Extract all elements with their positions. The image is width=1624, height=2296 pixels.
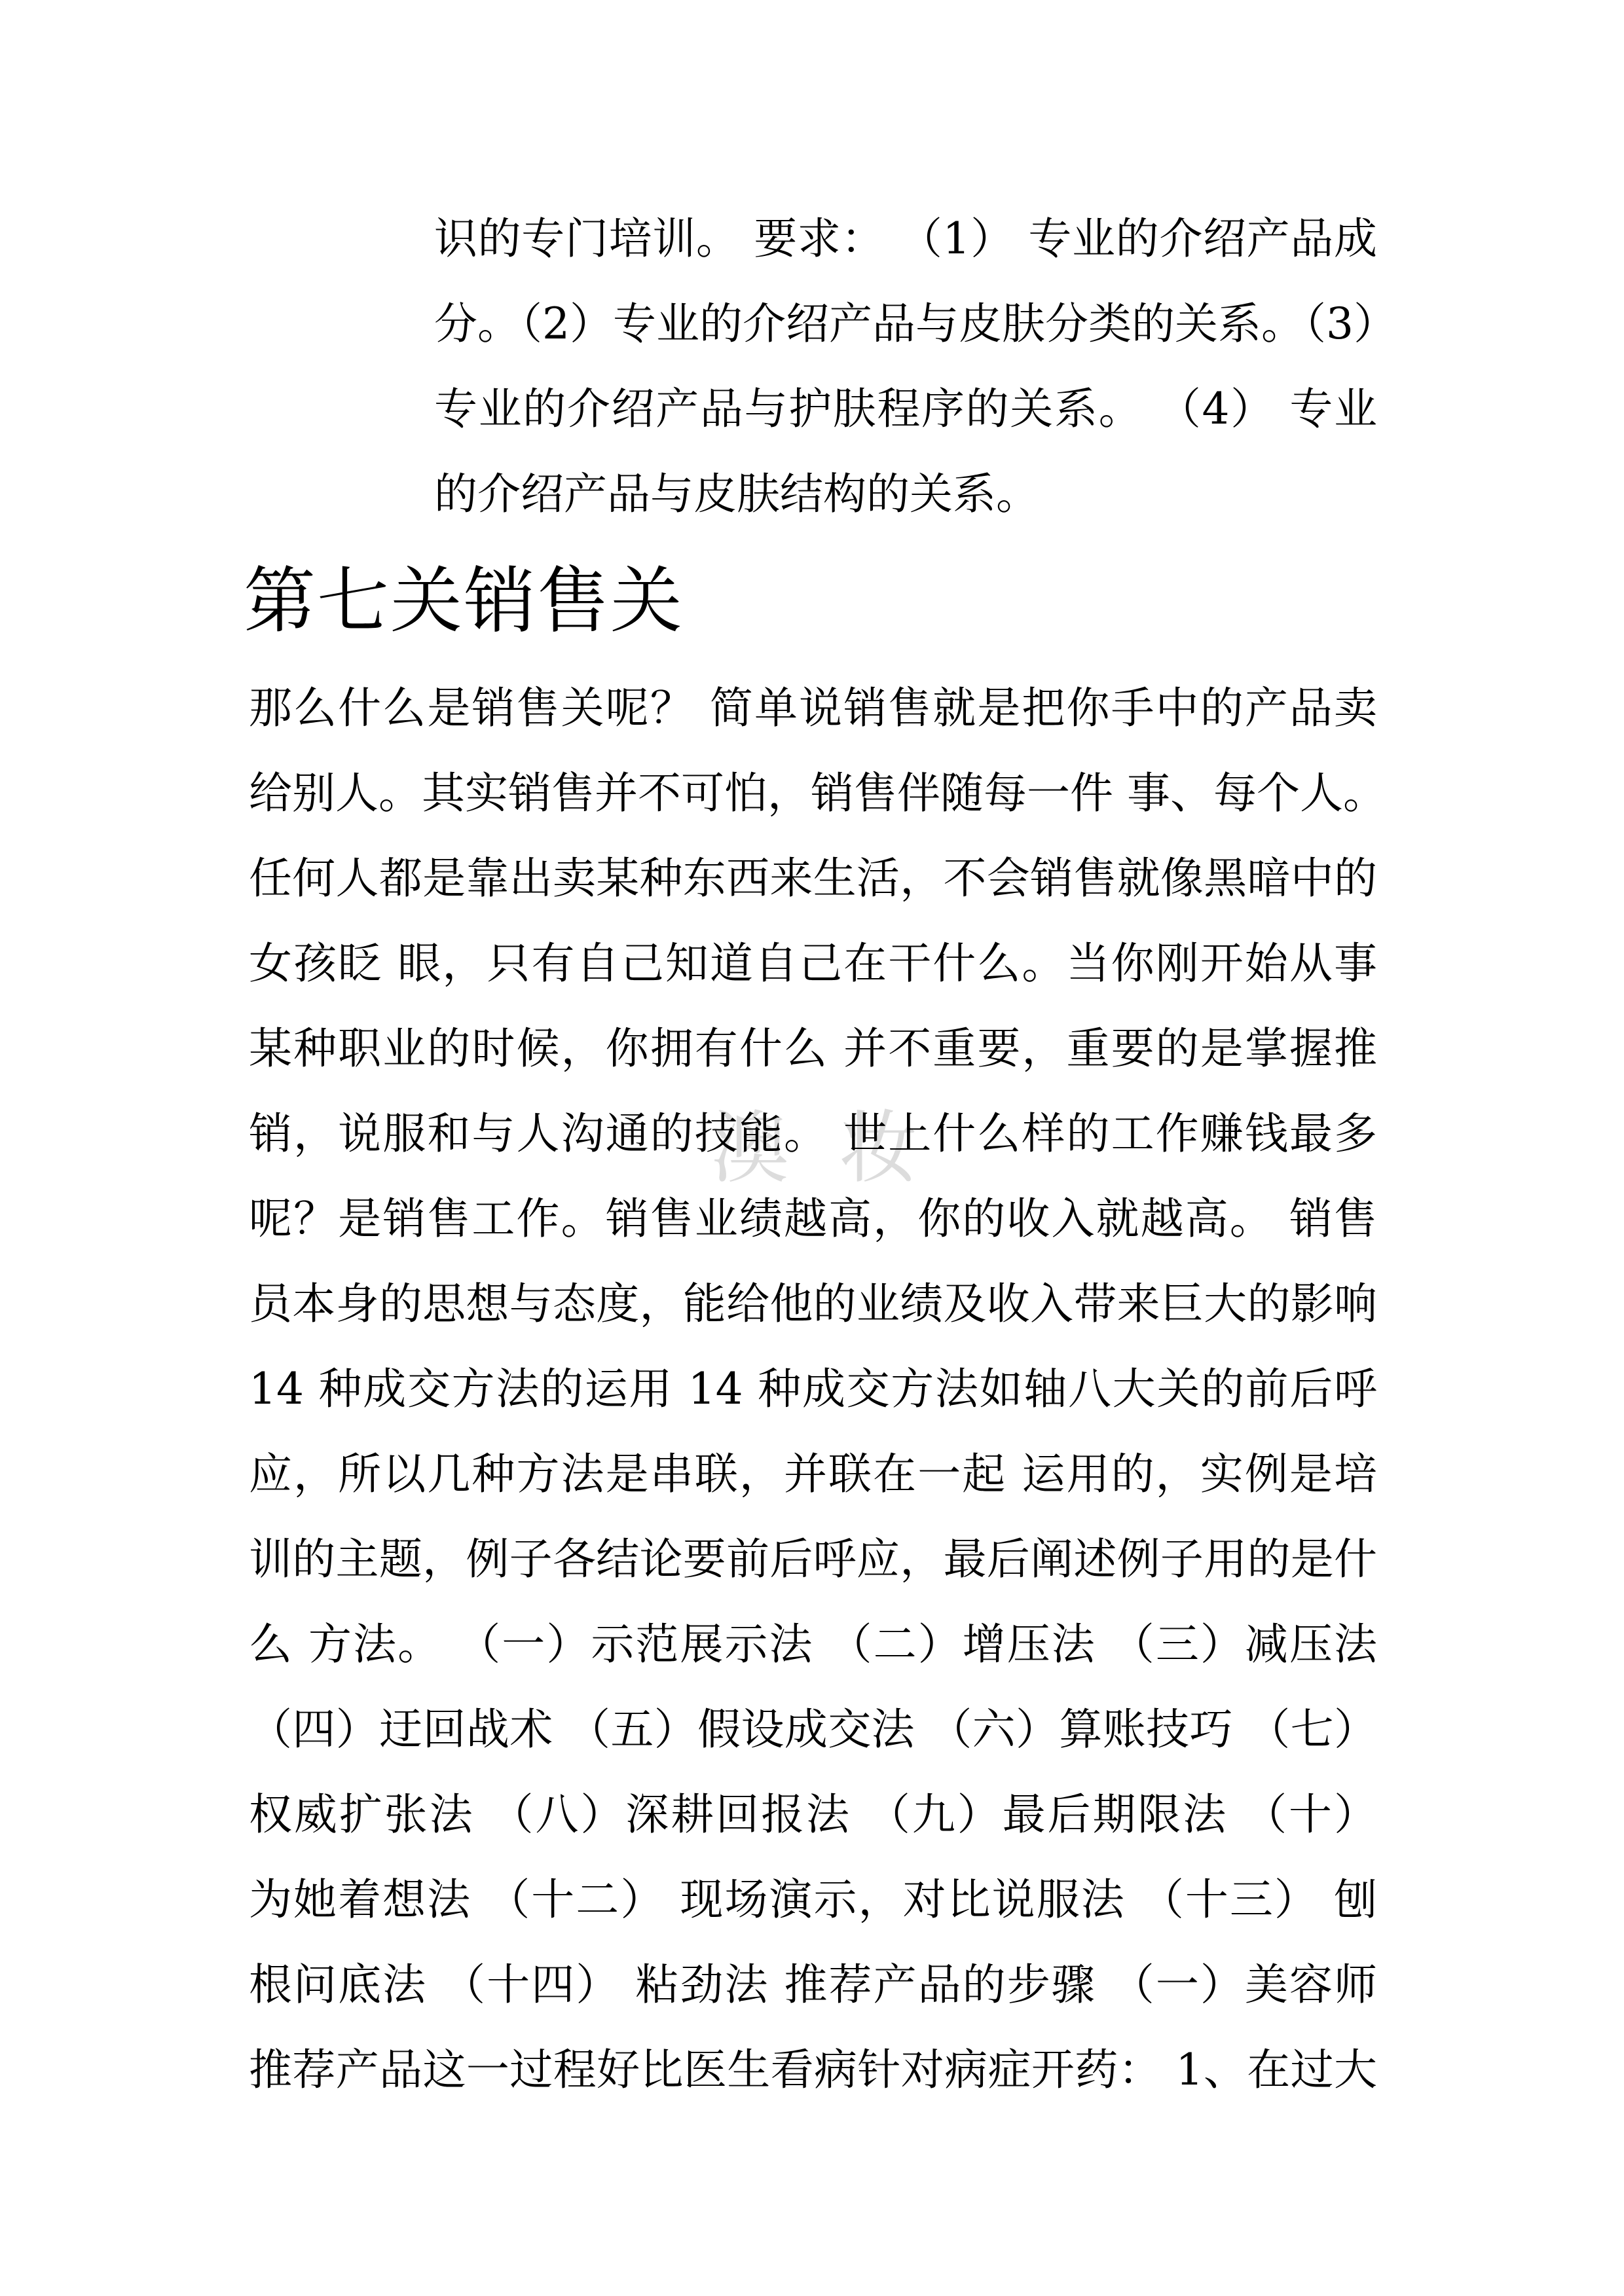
paragraph-line: 专业的介绍产品与护肤程序的关系。 （4） 专业 — [434, 380, 1377, 439]
paragraph-line: 员本身的思想与态度，能给他的业绩及收入带来巨大的影响 — [249, 1275, 1377, 1334]
paragraph-line: （四）迂回战术 （五）假设成交法 （六）算账技巧 （七） — [249, 1700, 1377, 1759]
paragraph-line: 么 方法。 （一）示范展示法 （二）增压法 （三）减压法 — [249, 1615, 1377, 1674]
section-heading: 第七关销售关 — [244, 555, 684, 647]
paragraph-line: 推荐产品这一过程好比医生看病针对病症开药： 1、在过大 — [249, 2041, 1377, 2100]
document-page: 澳 妆 识的专门培训。 要求： （1） 专业的介绍产品成 分。（2）专业的介绍产… — [0, 0, 1624, 2296]
paragraph-line: 应，所以几种方法是串联，并联在一起 运用的，实例是培 — [249, 1445, 1377, 1504]
paragraph-line: 销，说服和与人沟通的技能。 世上什么样的工作赚钱最多 — [249, 1104, 1377, 1163]
paragraph-line: 为她着想法 （十二） 现场演示，对比说服法 （十三） 刨 — [249, 1870, 1377, 1929]
paragraph-line: 分。（2）专业的介绍产品与皮肤分类的关系。（3） — [434, 295, 1377, 354]
paragraph-line: 给别人。其实销售并不可怕，销售伴随每一件 事、每个人。 — [249, 764, 1377, 823]
paragraph-line: 女孩眨 眼，只有自己知道自己在干什么。当你刚开始从事 — [249, 934, 1377, 993]
paragraph-line: 权威扩张法 （八）深耕回报法 （九）最后期限法 （十） — [249, 1785, 1377, 1844]
paragraph-line: 呢？是销售工作。销售业绩越高，你的收入就越高。 销售 — [249, 1190, 1377, 1248]
paragraph-line: 那么什么是销售关呢？ 简单说销售就是把你手中的产品卖 — [249, 679, 1377, 738]
paragraph-line: 14 种成交方法的运用 14 种成交方法如轴八大关的前后呼 — [249, 1360, 1377, 1419]
paragraph-line: 的介绍产品与皮肤结构的关系。 — [434, 465, 1377, 524]
paragraph-line: 训的主题，例子各结论要前后呼应，最后阐述例子用的是什 — [249, 1530, 1377, 1589]
paragraph-line: 根问底法 （十四） 粘劲法 推荐产品的步骤 （一）美容师 — [249, 1956, 1377, 2014]
paragraph-line: 某种职业的时候，你拥有什么 并不重要，重要的是掌握推 — [249, 1019, 1377, 1078]
paragraph-line: 识的专门培训。 要求： （1） 专业的介绍产品成 — [434, 210, 1377, 268]
paragraph-line: 任何人都是靠出卖某种东西来生活，不会销售就像黑暗中的 — [249, 849, 1377, 908]
